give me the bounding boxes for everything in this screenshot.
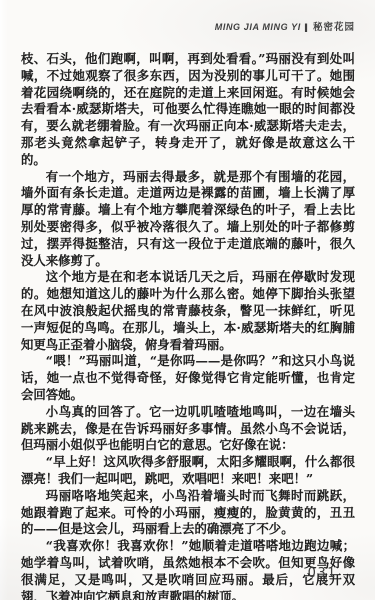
paragraph-4: “喂！”玛丽叫道，“是你吗——是你吗？”和这只小鸟说话，她一点也不觉得奇怪，好像… [21, 353, 355, 403]
header-series-title: MING JIA MING YI [215, 22, 301, 32]
header-book-title: 秘密花园 [313, 22, 355, 33]
paragraph-7: 玛丽咯咯地笑起来，小鸟沿着墙头时而飞舞时而跳跃，她跟着跑了起来。可怜的小玛丽，瘦… [21, 488, 355, 538]
paragraph-8: “我喜欢你！我喜欢你！”她顺着走道嗒嗒地边跑边喊；她学着鸟叫，试着吹哨，虽然她根… [21, 538, 355, 600]
paragraph-1: 枝、石头，他们跑啊，叫啊，再到处看看。”玛丽没有到处叫喊，不过她观察了很多东西，… [21, 51, 355, 169]
paragraph-6: “早上好！这风吹得多舒服啊，太阳多耀眼啊，什么都很漂亮！我们一起叫吧，跳吧，欢唱… [21, 454, 355, 488]
paragraph-3: 这个地方是在和老本说话几天之后，玛丽在停歇时发现的。她想知道这儿的藤叶为什么那么… [21, 269, 355, 353]
page-body: 枝、石头，他们跑啊，叫啊，再到处看看。”玛丽没有到处叫喊，不过她观察了很多东西，… [21, 51, 355, 600]
paragraph-5: 小鸟真的回答了。它一边叽叽喳喳地鸣叫，一边在墙头跳来跳去，像是在告诉玛丽好多事情… [21, 404, 355, 454]
book-page: MING JIA MING YI|秘密花园 枝、石头，他们跑啊，叫啊，再到处看看… [0, 0, 375, 600]
header-separator: | [303, 21, 309, 34]
running-header: MING JIA MING YI|秘密花园 [215, 21, 355, 35]
page-number: 031 [308, 566, 337, 581]
paragraph-2: 有一个地方，玛丽去得最多，就是那个有围墙的花园，墙外面有条长走道。走道两边是裸露… [21, 169, 355, 270]
